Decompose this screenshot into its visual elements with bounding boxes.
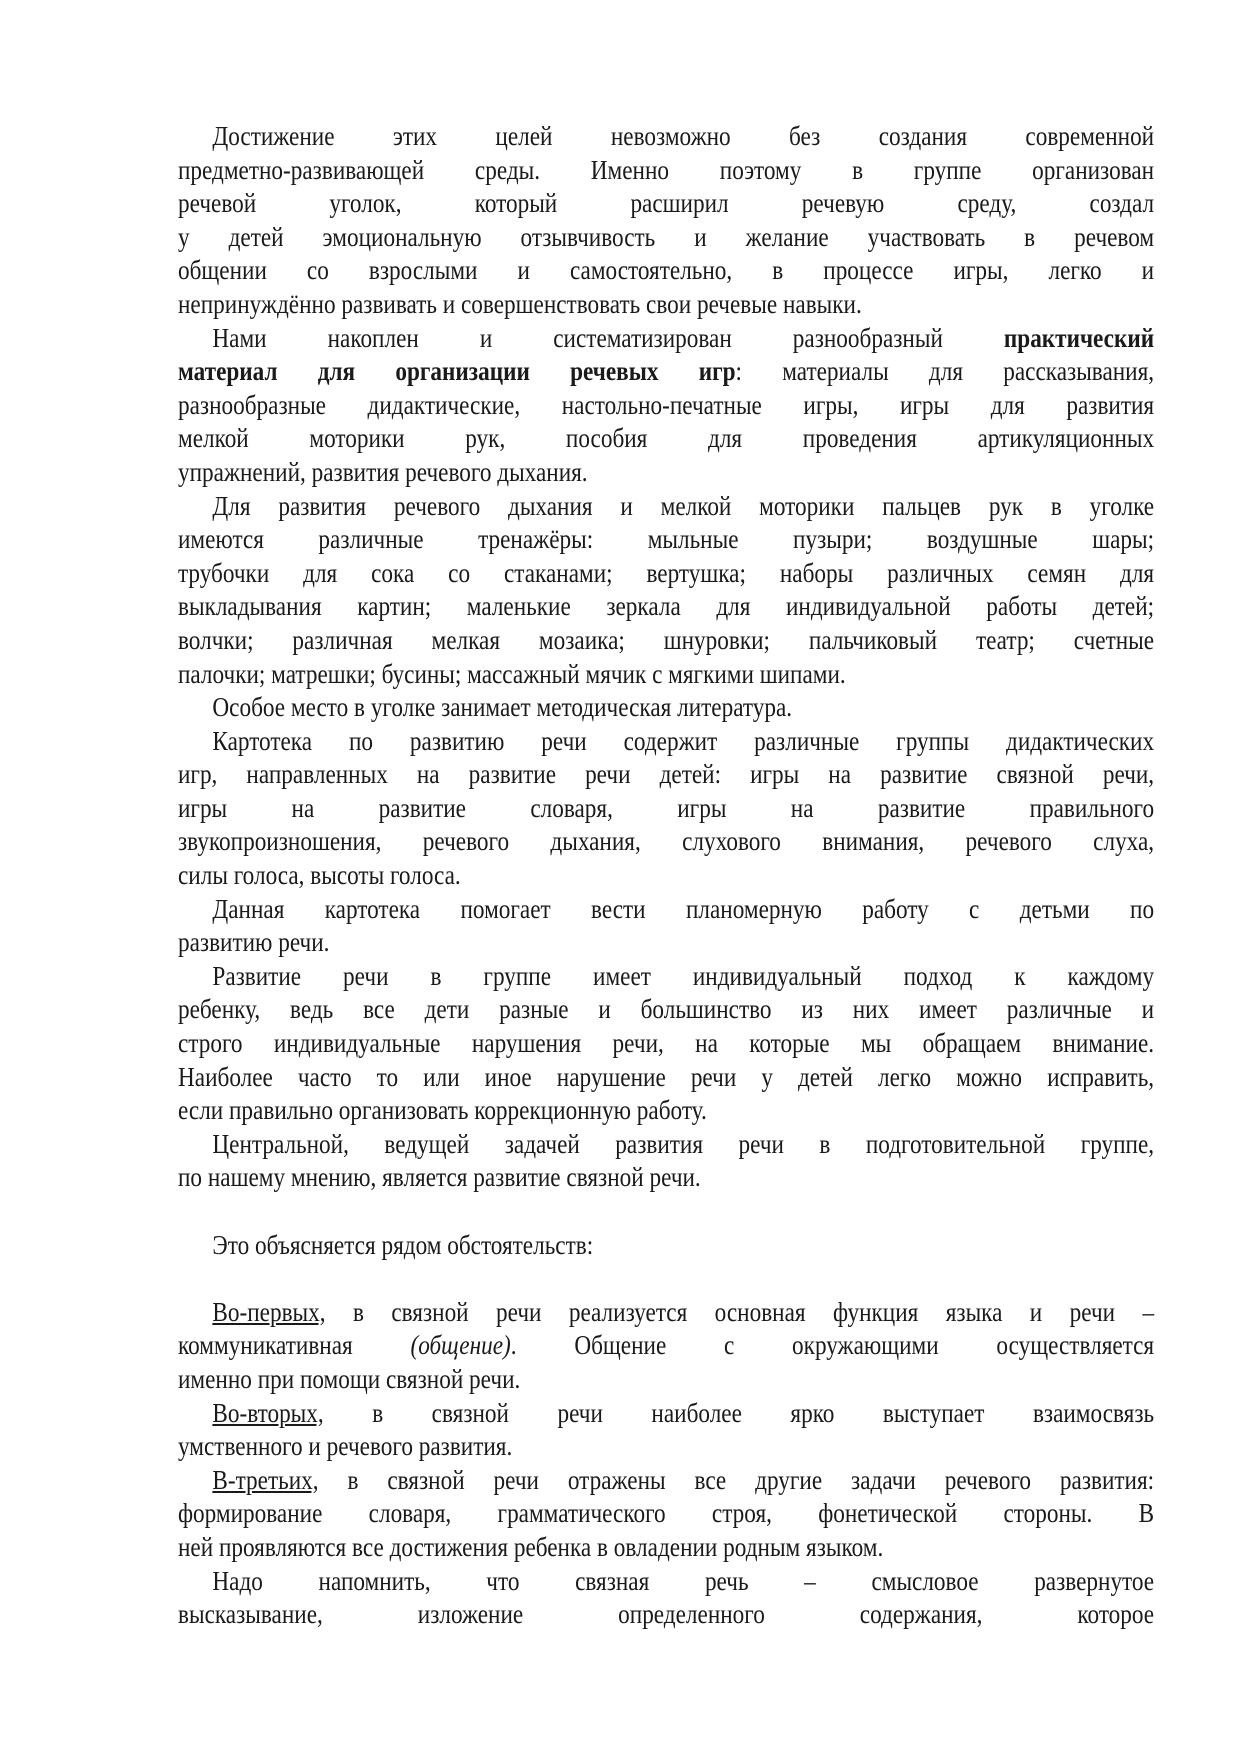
text-line: разнообразные дидактические, настольно-п… xyxy=(178,389,1154,423)
text-run: в связной речи отражены все другие задач… xyxy=(319,1465,1155,1495)
text-run: . Общение с окружающими осуществляется xyxy=(511,1330,1154,1360)
text-line: формирование словаря, грамматического ст… xyxy=(178,1497,1154,1531)
text-run: Нами накоплен и систематизирован разнооб… xyxy=(212,323,942,353)
text-line: Развитие речи в группе имеет индивидуаль… xyxy=(178,960,1154,994)
paragraph: Данная картотека помогает вести планомер… xyxy=(178,893,1154,960)
text-line: если правильно организовать коррекционну… xyxy=(178,1094,1154,1128)
text-line: выкладывания картин; маленькие зеркала д… xyxy=(178,590,1154,624)
underlined-lead: Во-первых, xyxy=(212,1297,325,1327)
text-line: по нашему мнению, является развитие связ… xyxy=(178,1161,1154,1195)
text-run: в связной речи реализуется основная функ… xyxy=(326,1297,1155,1327)
paragraph: Картотека по развитию речи содержит разл… xyxy=(178,725,1154,893)
text-line: мелкой моторики рук, пособия для проведе… xyxy=(178,422,1154,456)
text-line: речевой уголок, который расширил речевую… xyxy=(178,187,1154,221)
text-line: непринуждённо развивать и совершенствова… xyxy=(178,288,1154,322)
underlined-lead: В-третьих, xyxy=(212,1465,318,1495)
text-line: Для развития речевого дыхания и мелкой м… xyxy=(178,490,1154,524)
text-run: : материалы для рассказывания, xyxy=(736,356,1155,386)
text-line: строго индивидуальные нарушения речи, на… xyxy=(178,1027,1154,1061)
text-line: Во-первых, в связной речи реализуется ос… xyxy=(178,1296,1154,1330)
text-line: упражнений, развития речевого дыхания. xyxy=(178,456,1154,490)
paragraph: Развитие речи в группе имеет индивидуаль… xyxy=(178,960,1154,1128)
document-body: Достижение этих целей невозможно без соз… xyxy=(178,120,1017,1632)
text-run: коммуникативная xyxy=(178,1330,410,1360)
paragraph: Достижение этих целей невозможно без соз… xyxy=(178,120,1154,322)
text-line: Это объясняется рядом обстоятельств: xyxy=(178,1229,1154,1263)
text-line: общении со взрослыми и самостоятельно, в… xyxy=(178,254,1154,288)
text-line: имеются различные тренажёры: мыльные пуз… xyxy=(178,523,1154,557)
text-line: ней проявляются все достижения ребенка в… xyxy=(178,1531,1154,1565)
text-line: Данная картотека помогает вести планомер… xyxy=(178,893,1154,927)
text-line: Особое место в уголке занимает методичес… xyxy=(178,691,1154,725)
text-line: ребенку, ведь все дети разные и большинс… xyxy=(178,993,1154,1027)
spacer xyxy=(178,1262,1154,1296)
text-line: умственного и речевого развития. xyxy=(178,1430,1154,1464)
underlined-lead: Во-вторых, xyxy=(212,1398,323,1428)
bold-term: практический xyxy=(1004,323,1154,353)
spacer xyxy=(178,1195,1154,1229)
paragraph: Центральной, ведущей задачей развития ре… xyxy=(178,1128,1154,1195)
text-line: трубочки для сока со стаканами; вертушка… xyxy=(178,557,1154,591)
text-line: силы голоса, высоты голоса. xyxy=(178,859,1154,893)
text-line: развитию речи. xyxy=(178,926,1154,960)
text-line: высказывание, изложение определенного со… xyxy=(178,1598,1154,1632)
text-run: в связной речи наиболее ярко выступает в… xyxy=(324,1398,1154,1428)
paragraph: Надо напомнить, что связная речь – смысл… xyxy=(178,1565,1154,1632)
text-line: материал для организации речевых игр: ма… xyxy=(178,355,1154,389)
paragraph: Нами накоплен и систематизирован разнооб… xyxy=(178,322,1154,490)
paragraph: Особое место в уголке занимает методичес… xyxy=(178,691,1154,725)
text-line: Нами накоплен и систематизирован разнооб… xyxy=(178,322,1154,356)
text-line: Достижение этих целей невозможно без соз… xyxy=(178,120,1154,154)
text-line: игры на развитие словаря, игры на развит… xyxy=(178,792,1154,826)
text-line: Во-вторых, в связной речи наиболее ярко … xyxy=(178,1397,1154,1431)
text-line: игр, направленных на развитие речи детей… xyxy=(178,758,1154,792)
paragraph: Во-первых, в связной речи реализуется ос… xyxy=(178,1296,1154,1397)
text-line: Надо напомнить, что связная речь – смысл… xyxy=(178,1565,1154,1599)
text-line: коммуникативная (общение). Общение с окр… xyxy=(178,1329,1154,1363)
paragraph: В-третьих, в связной речи отражены все д… xyxy=(178,1464,1154,1565)
bold-term: материал для организации речевых игр xyxy=(178,356,736,386)
text-line: Картотека по развитию речи содержит разл… xyxy=(178,725,1154,759)
text-line: палочки; матрешки; бусины; массажный мяч… xyxy=(178,658,1154,692)
text-line: предметно-развивающей среды. Именно поэт… xyxy=(178,154,1154,188)
text-line: у детей эмоциональную отзывчивость и жел… xyxy=(178,221,1154,255)
paragraph: Для развития речевого дыхания и мелкой м… xyxy=(178,490,1154,692)
paragraph: Это объясняется рядом обстоятельств: xyxy=(178,1229,1154,1263)
document-page: Достижение этих целей невозможно без соз… xyxy=(0,0,1240,1754)
text-line: Наиболее часто то или иное нарушение реч… xyxy=(178,1061,1154,1095)
text-line: В-третьих, в связной речи отражены все д… xyxy=(178,1464,1154,1498)
text-line: волчки; различная мелкая мозаика; шнуров… xyxy=(178,624,1154,658)
text-line: звукопроизношения, речевого дыхания, слу… xyxy=(178,825,1154,859)
paragraph: Во-вторых, в связной речи наиболее ярко … xyxy=(178,1397,1154,1464)
text-line: Центральной, ведущей задачей развития ре… xyxy=(178,1128,1154,1162)
italic-term: (общение) xyxy=(410,1330,510,1360)
text-line: именно при помощи связной речи. xyxy=(178,1363,1154,1397)
